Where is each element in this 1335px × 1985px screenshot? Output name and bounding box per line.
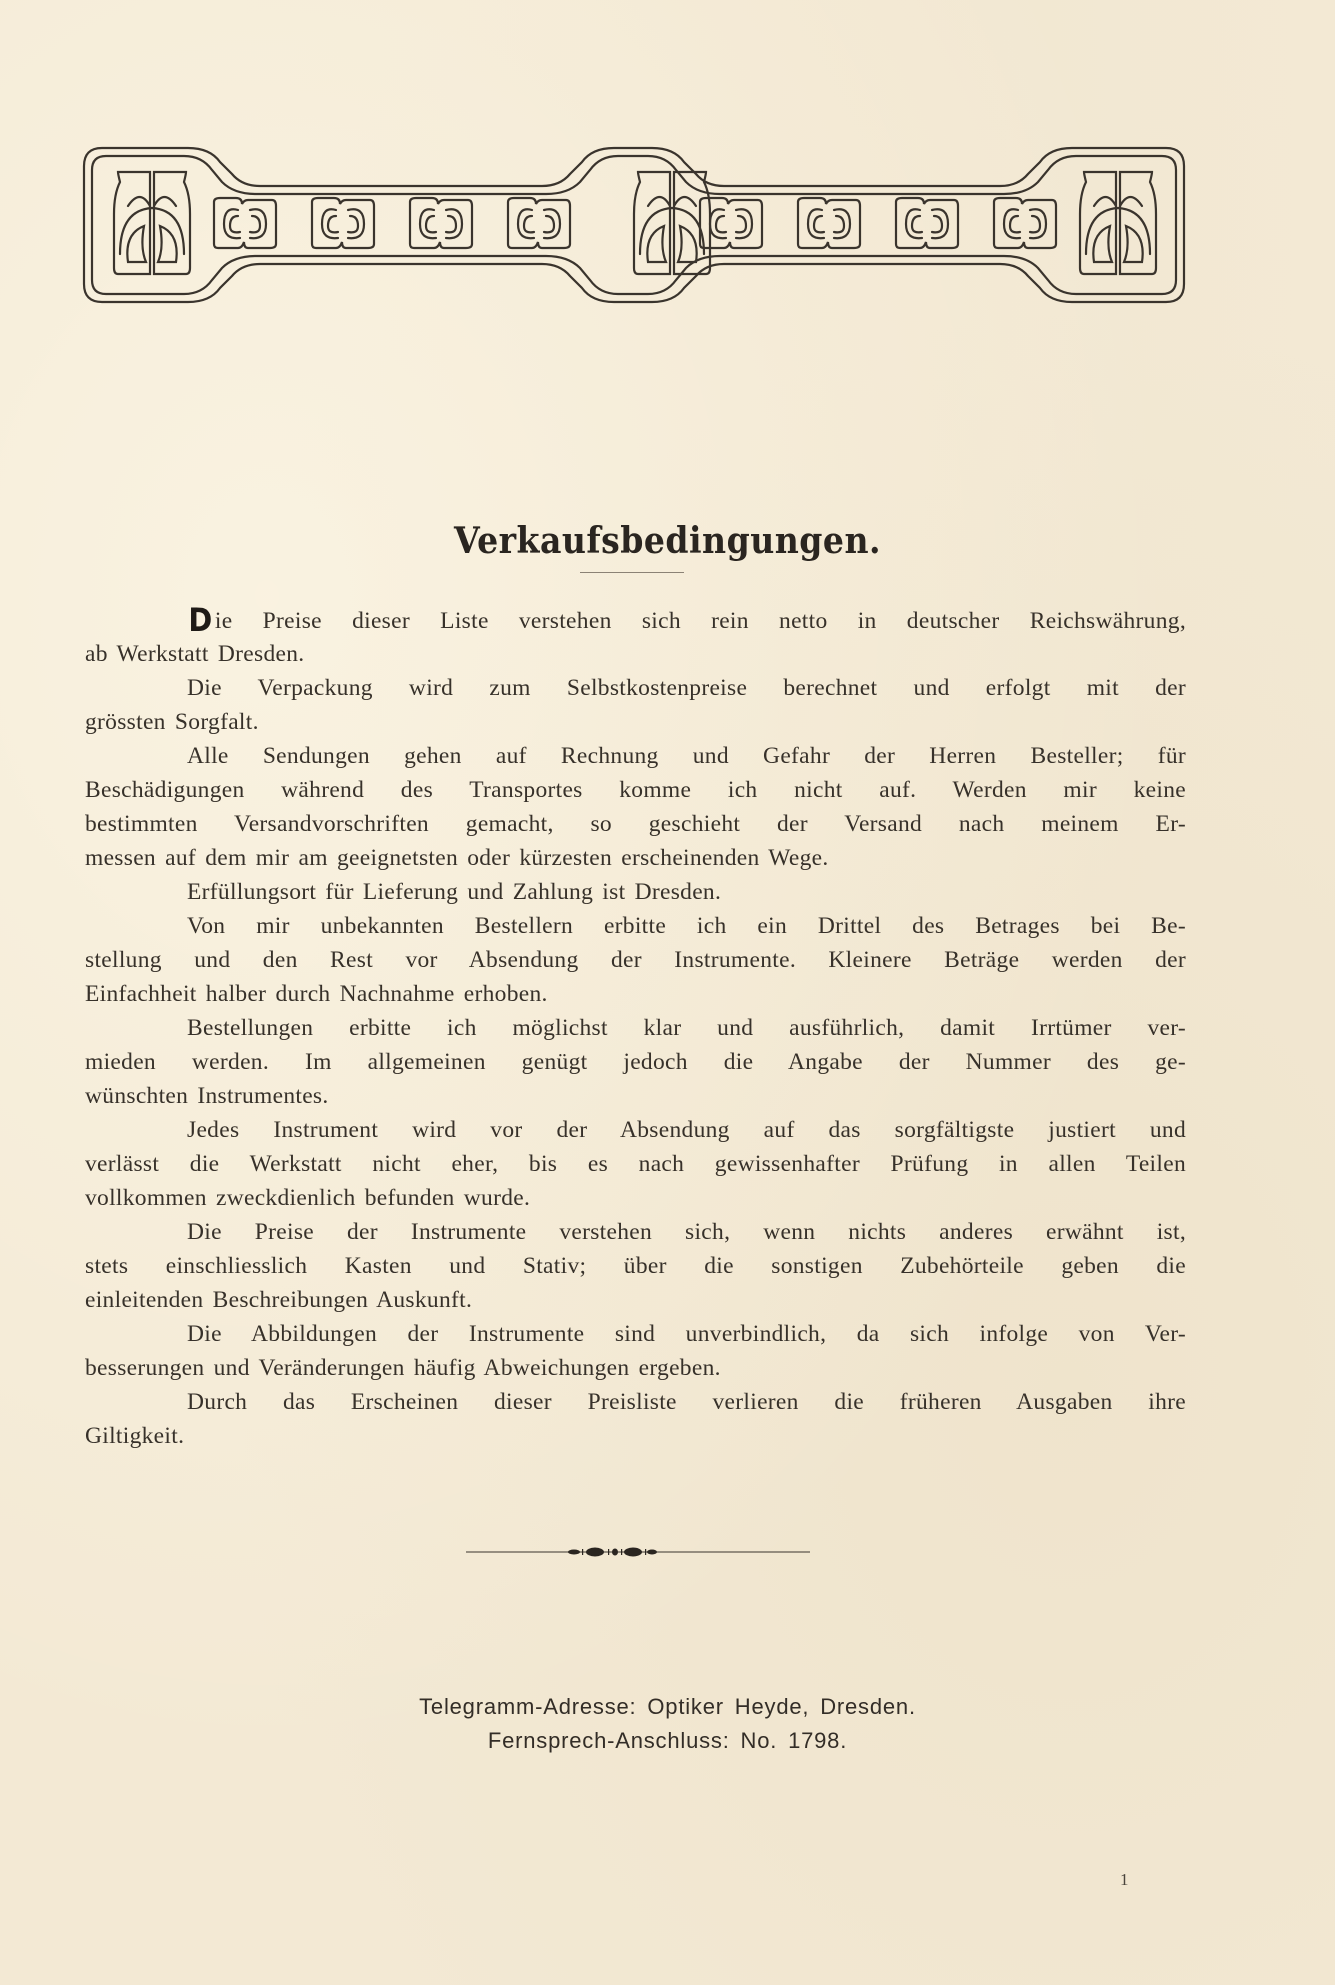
- paragraph-line: Jedes Instrument wird vor der Absendung …: [85, 1113, 1186, 1147]
- paragraph-line: Durch das Erscheinen dieser Preisliste v…: [85, 1385, 1186, 1419]
- paragraph-line: messen auf dem mir am geeignetsten oder …: [85, 841, 1186, 875]
- line-text: ab Werkstatt Dresden.: [85, 641, 304, 667]
- line-text: Durch das Erscheinen dieser Preisliste v…: [187, 1389, 1186, 1415]
- line-text: mieden werden. Im allgemeinen genügt jed…: [85, 1049, 1186, 1075]
- line-text: stets einschliesslich Kasten und Stativ;…: [85, 1253, 1186, 1279]
- line-text: stellung und den Rest vor Absendung der …: [85, 947, 1186, 973]
- paragraph-line: mieden werden. Im allgemeinen genügt jed…: [85, 1045, 1186, 1079]
- line-text: Erfüllungsort für Lieferung und Zahlung …: [187, 879, 721, 905]
- line-text: Einfachheit halber durch Nachnahme erhob…: [85, 981, 548, 1007]
- header-ornament-icon: [80, 144, 1190, 306]
- line-text: Von mir unbekannten Bestellern erbitte i…: [187, 913, 1186, 939]
- footer-contact: Telegramm-Adresse: Optiker Heyde, Dresde…: [0, 1690, 1335, 1758]
- paragraph-line: Die Abbildungen der Instrumente sind unv…: [85, 1317, 1186, 1351]
- line-text: grössten Sorgfalt.: [85, 709, 259, 735]
- line-text: verlässt die Werkstatt nicht eher, bis e…: [85, 1151, 1186, 1177]
- line-text: Alle Sendungen gehen auf Rechnung und Ge…: [187, 743, 1186, 769]
- paragraph-line: Erfüllungsort für Lieferung und Zahlung …: [85, 875, 1186, 909]
- paragraph-line: stellung und den Rest vor Absendung der …: [85, 943, 1186, 977]
- page-title: Verkaufsbedingungen.: [53, 520, 1281, 562]
- paragraph-line: grössten Sorgfalt.: [85, 705, 1186, 739]
- paragraph-line: besserungen und Veränderungen häufig Abw…: [85, 1351, 1186, 1385]
- paragraph-line: ab Werkstatt Dresden.: [85, 637, 1186, 671]
- line-text: Die Verpackung wird zum Selbstkostenprei…: [187, 675, 1186, 701]
- paragraph-line: Bestellungen erbitte ich möglichst klar …: [85, 1011, 1186, 1045]
- line-text: messen auf dem mir am geeignetsten oder …: [85, 845, 829, 871]
- line-text: Giltigkeit.: [85, 1423, 184, 1449]
- paragraph-line: Von mir unbekannten Bestellern erbitte i…: [85, 909, 1186, 943]
- paragraph-line: wünschten Instrumentes.: [85, 1079, 1186, 1113]
- ornamental-divider-icon: [466, 1546, 810, 1558]
- paragraph-line: Giltigkeit.: [85, 1419, 1186, 1453]
- line-text: Beschädigungen während des Transportes k…: [85, 777, 1186, 803]
- line-text: ie Preise dieser Liste verstehen sich re…: [215, 608, 1186, 634]
- terms-body: Die Preise dieser Liste verstehen sich r…: [85, 603, 1186, 1453]
- line-text: Die Abbildungen der Instrumente sind unv…: [187, 1321, 1186, 1347]
- paragraph-line: stets einschliesslich Kasten und Stativ;…: [85, 1249, 1186, 1283]
- paragraph-line: Beschädigungen während des Transportes k…: [85, 773, 1186, 807]
- phone-number: Fernsprech-Anschluss: No. 1798.: [0, 1724, 1335, 1758]
- paragraph-line: Einfachheit halber durch Nachnahme erhob…: [85, 977, 1186, 1011]
- line-text: einleitenden Beschreibungen Auskunft.: [85, 1287, 472, 1313]
- line-text: vollkommen zweckdienlich befunden wurde.: [85, 1185, 530, 1211]
- drop-cap: D: [188, 603, 212, 637]
- page-number: 1: [1120, 1870, 1129, 1890]
- paragraph-line: Alle Sendungen gehen auf Rechnung und Ge…: [85, 739, 1186, 773]
- line-text: Bestellungen erbitte ich möglichst klar …: [187, 1015, 1186, 1041]
- line-text: bestimmten Versandvorschriften gemacht, …: [85, 811, 1186, 837]
- document-page: Verkaufsbedingungen. Die Preise dieser L…: [0, 0, 1335, 1985]
- line-text: besserungen und Veränderungen häufig Abw…: [85, 1355, 721, 1381]
- paragraph-line: einleitenden Beschreibungen Auskunft.: [85, 1283, 1186, 1317]
- paragraph-line: verlässt die Werkstatt nicht eher, bis e…: [85, 1147, 1186, 1181]
- title-rule: [580, 572, 684, 573]
- paragraph-line: Die Verpackung wird zum Selbstkostenprei…: [85, 671, 1186, 705]
- paragraph-line: vollkommen zweckdienlich befunden wurde.: [85, 1181, 1186, 1215]
- paragraph-line: bestimmten Versandvorschriften gemacht, …: [85, 807, 1186, 841]
- paragraph-line: Die Preise der Instrumente verstehen sic…: [85, 1215, 1186, 1249]
- line-text: wünschten Instrumentes.: [85, 1083, 329, 1109]
- paragraph-line: Die Preise dieser Liste verstehen sich r…: [85, 603, 1186, 637]
- line-text: Jedes Instrument wird vor der Absendung …: [187, 1117, 1186, 1143]
- line-text: Die Preise der Instrumente verstehen sic…: [187, 1219, 1186, 1245]
- telegram-address: Telegramm-Adresse: Optiker Heyde, Dresde…: [0, 1690, 1335, 1724]
